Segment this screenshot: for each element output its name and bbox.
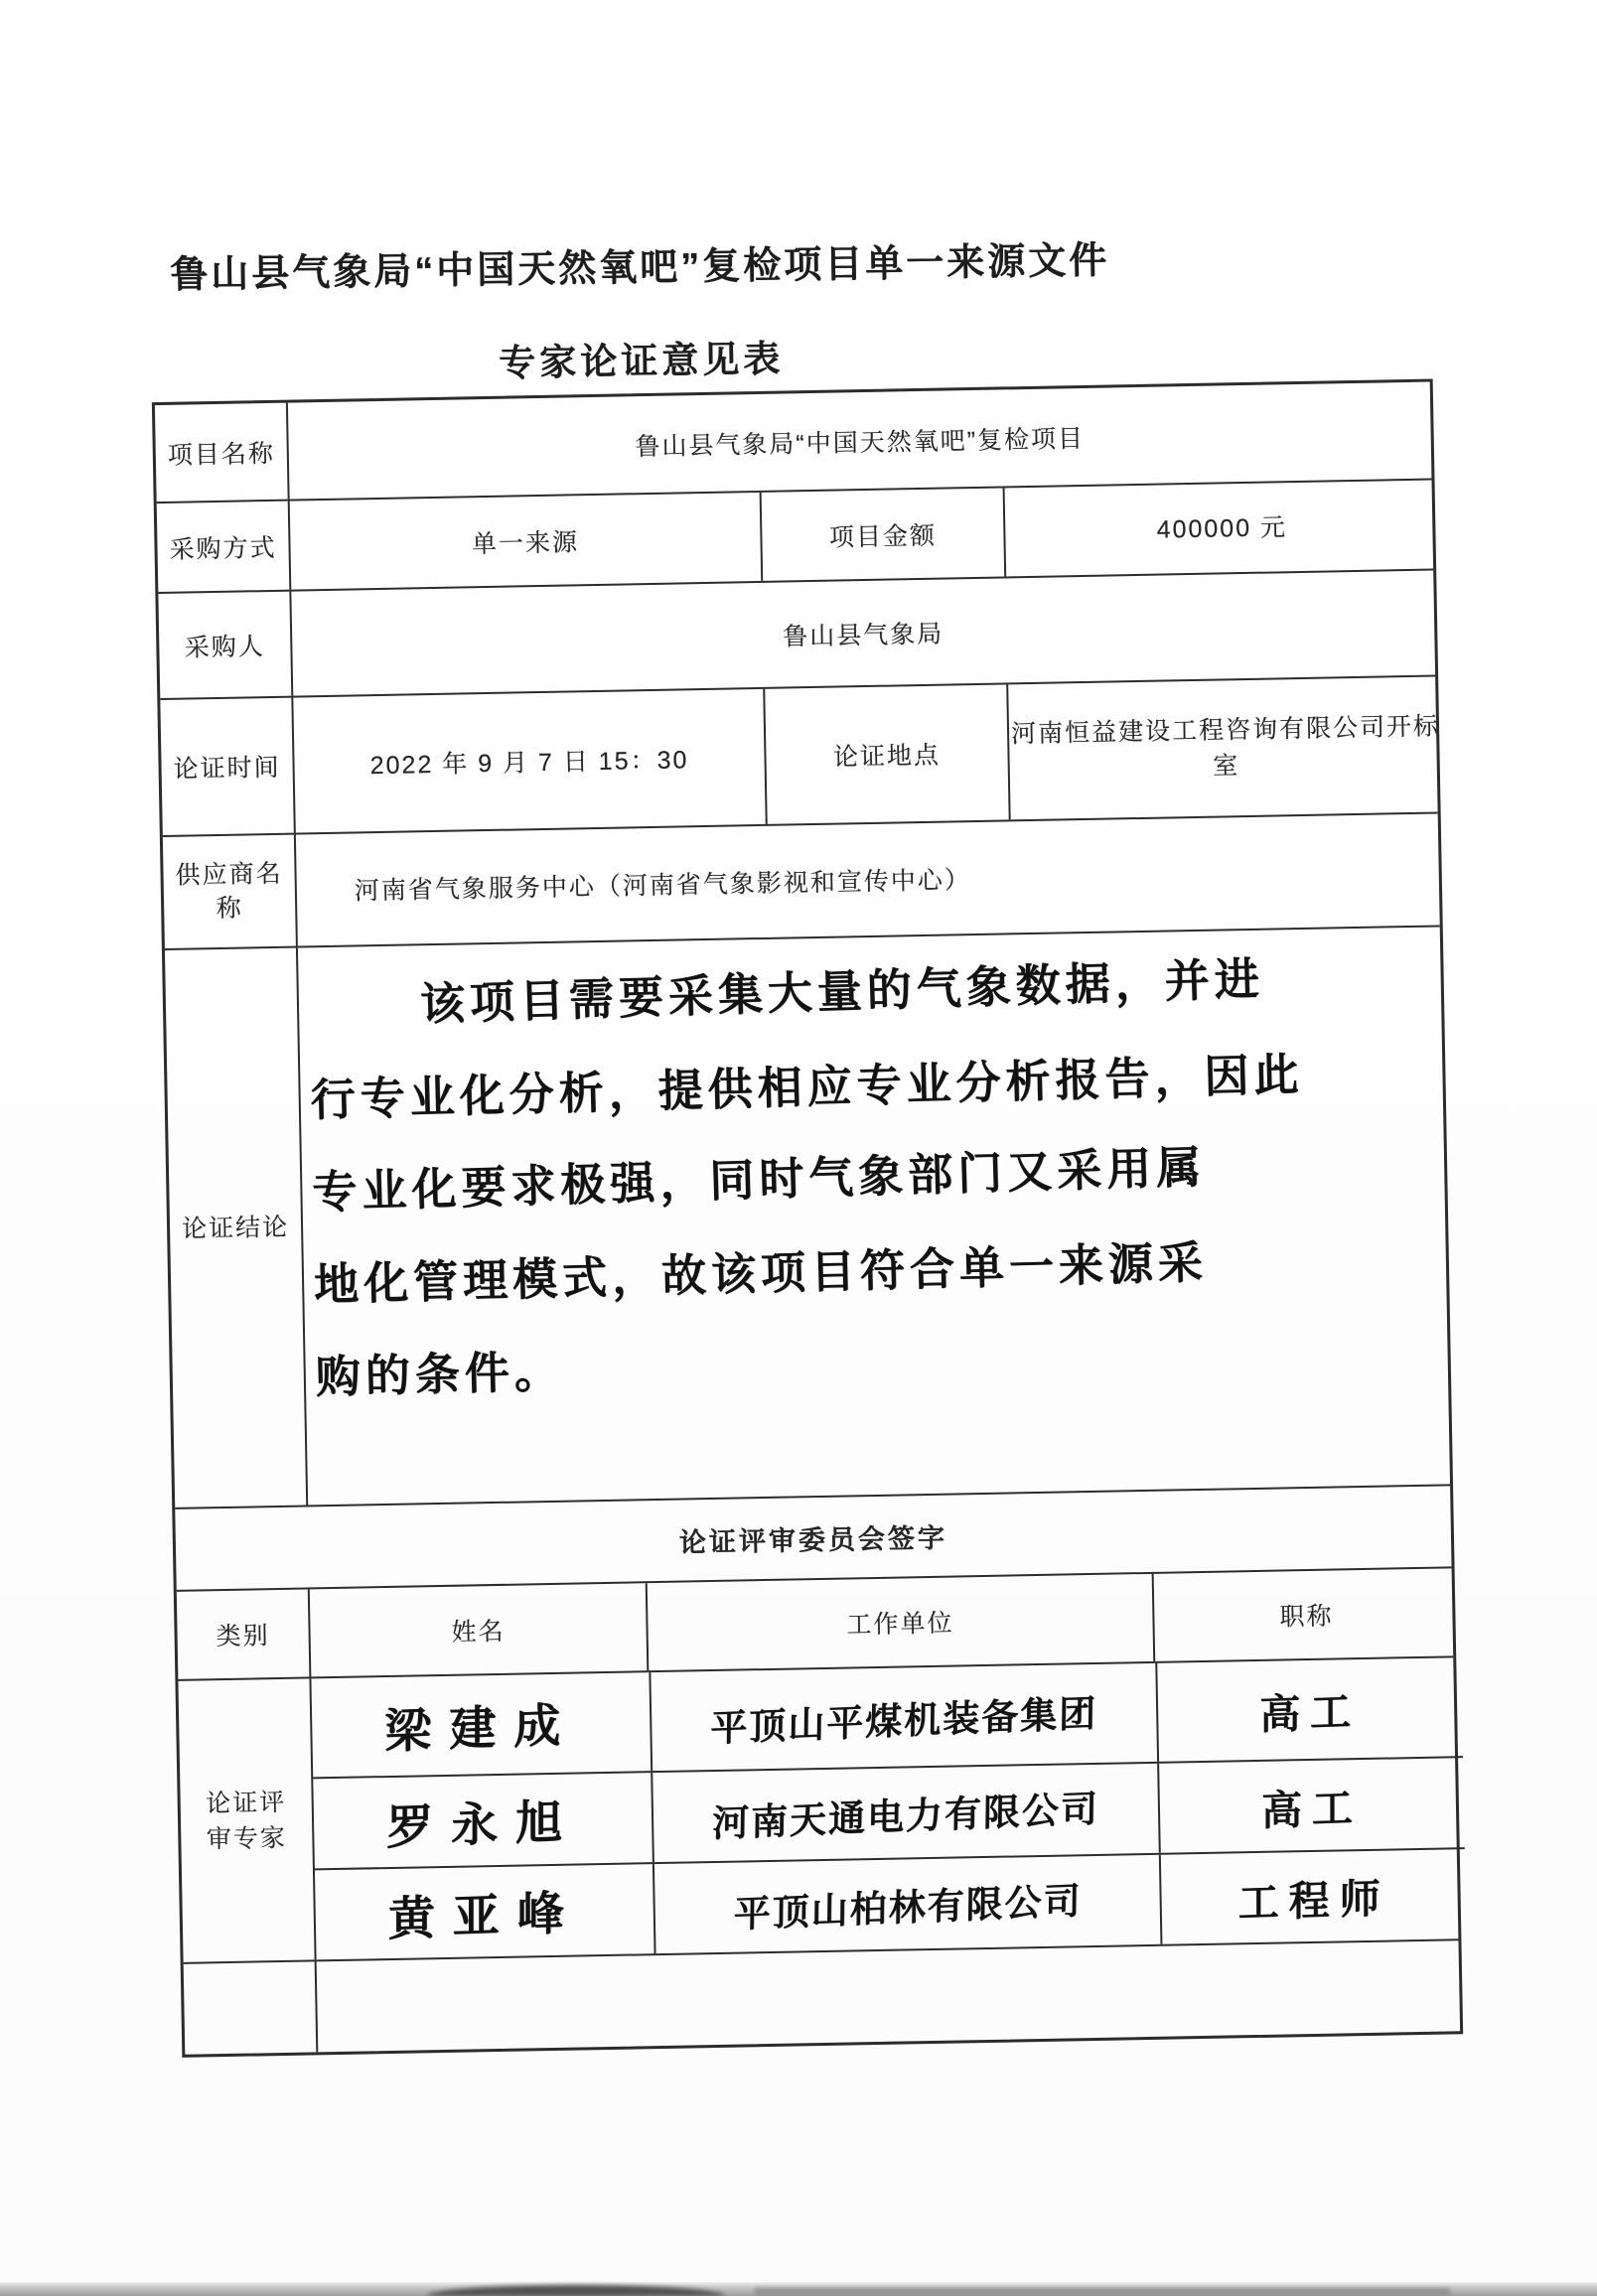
expert-1-unit-signature: 平顶山平煤机装备集团 — [649, 1663, 1157, 1771]
project-amount-label: 项目金额 — [760, 488, 1005, 580]
expert-3-title-signature: 工程师 — [1159, 1849, 1467, 1944]
expert-2-unit-signature: 河南天通电力有限公司 — [651, 1764, 1159, 1862]
expert-3-name-text: 黄亚峰 — [387, 1875, 581, 1948]
conclusion-handwriting: 该项目需要采集大量的气象数据，并进 行专业化分析，提供相应专业分析报告，因此 专… — [296, 927, 1450, 1505]
supplier-value: 河南省气象服务中心（河南省气象影视和宣传中心） — [294, 813, 1440, 945]
expert-2-unit-text: 河南天通电力有限公司 — [712, 1779, 1099, 1847]
col-header-title: 职称 — [1152, 1568, 1460, 1661]
expert-1-name-text: 梁建成 — [384, 1688, 578, 1762]
row-conclusion: 论证结论 该项目需要采集大量的气象数据，并进 行专业化分析，提供相应专业分析报告… — [165, 925, 1450, 1507]
expert-1-unit-text: 平顶山平煤机装备集团 — [710, 1682, 1097, 1751]
experts-category-label: 论证评审专家 — [204, 1784, 288, 1857]
document-title-line2: 专家论证意见表 — [40, 321, 1242, 393]
col-header-unit: 工作单位 — [646, 1574, 1154, 1670]
review-location-value: 河南恒益建设工程咨询有限公司开标室 — [1006, 676, 1443, 819]
review-time-label: 论证时间 — [160, 698, 293, 835]
project-amount-value: 400000 元 — [1003, 480, 1440, 576]
document-title-line1: 鲁山县气象局“中国天然氧吧”复检项目单一来源文件 — [39, 227, 1241, 301]
expert-1-title-text: 高工 — [1259, 1678, 1361, 1741]
expert-2-name-signature: 罗永旭 — [313, 1773, 653, 1868]
scan-bottom-edge-shade — [755, 2288, 1450, 2296]
procurement-method-label: 采购方式 — [157, 502, 290, 592]
project-name-label: 项目名称 — [155, 403, 288, 502]
expert-1-name-signature: 梁建成 — [311, 1672, 651, 1777]
scanned-document-page: 鲁山县气象局“中国天然氧吧”复检项目单一来源文件 专家论证意见表 项目名称 鲁山… — [0, 0, 1597, 2296]
supplier-label-text: 供应商名称 — [173, 857, 285, 927]
review-location-label: 论证地点 — [763, 684, 1008, 823]
review-time-value: 2022 年 9 月 7 日 15：30 — [291, 689, 765, 833]
procurement-method-value: 单一来源 — [288, 493, 762, 590]
col-header-name: 姓名 — [308, 1583, 648, 1676]
expert-2-title-text: 高工 — [1261, 1775, 1363, 1837]
conclusion-label: 论证结论 — [165, 948, 306, 1507]
expert-opinion-form-table: 项目名称 鲁山县气象局“中国天然氧吧”复检项目 采购方式 单一来源 项目金额 4… — [152, 378, 1463, 2057]
experts-rows-container: 梁建成 平顶山平煤机装备集团 高工 罗永旭 河南天通电力有限公司 — [309, 1657, 1466, 1959]
empty-right-cell — [315, 1940, 1460, 2052]
row-supplier: 供应商名称 河南省气象服务中心（河南省气象影视和宣传中心） — [163, 811, 1440, 948]
expert-1-title-signature: 高工 — [1155, 1657, 1463, 1762]
expert-3-unit-signature: 平顶山柏林有限公司 — [653, 1855, 1161, 1953]
expert-2-title-signature: 高工 — [1157, 1758, 1465, 1853]
row-review-time-location: 论证时间 2022 年 9 月 7 日 15：30 论证地点 河南恒益建设工程咨… — [160, 675, 1437, 836]
supplier-label: 供应商名称 — [163, 835, 296, 948]
rows-experts: 论证评审专家 梁建成 平顶山平煤机装备集团 高工 罗永旭 — [178, 1655, 1458, 1961]
col-header-category: 类别 — [177, 1589, 310, 1678]
purchaser-label: 采购人 — [158, 592, 291, 698]
expert-2-name-text: 罗永旭 — [386, 1784, 580, 1857]
empty-left-cell — [184, 1961, 317, 2054]
conclusion-label-text: 论证结论 — [180, 1210, 292, 1245]
expert-3-unit-text: 平顶山柏林有限公司 — [733, 1871, 1082, 1938]
document-title: 鲁山县气象局“中国天然氧吧”复检项目单一来源文件 专家论证意见表 — [39, 227, 1242, 394]
experts-category-cell: 论证评审专家 — [178, 1678, 314, 1961]
expert-3-title-text: 工程师 — [1237, 1865, 1389, 1930]
purchaser-value: 鲁山县气象局 — [289, 571, 1435, 696]
expert-3-name-signature: 黄亚峰 — [315, 1864, 654, 1959]
